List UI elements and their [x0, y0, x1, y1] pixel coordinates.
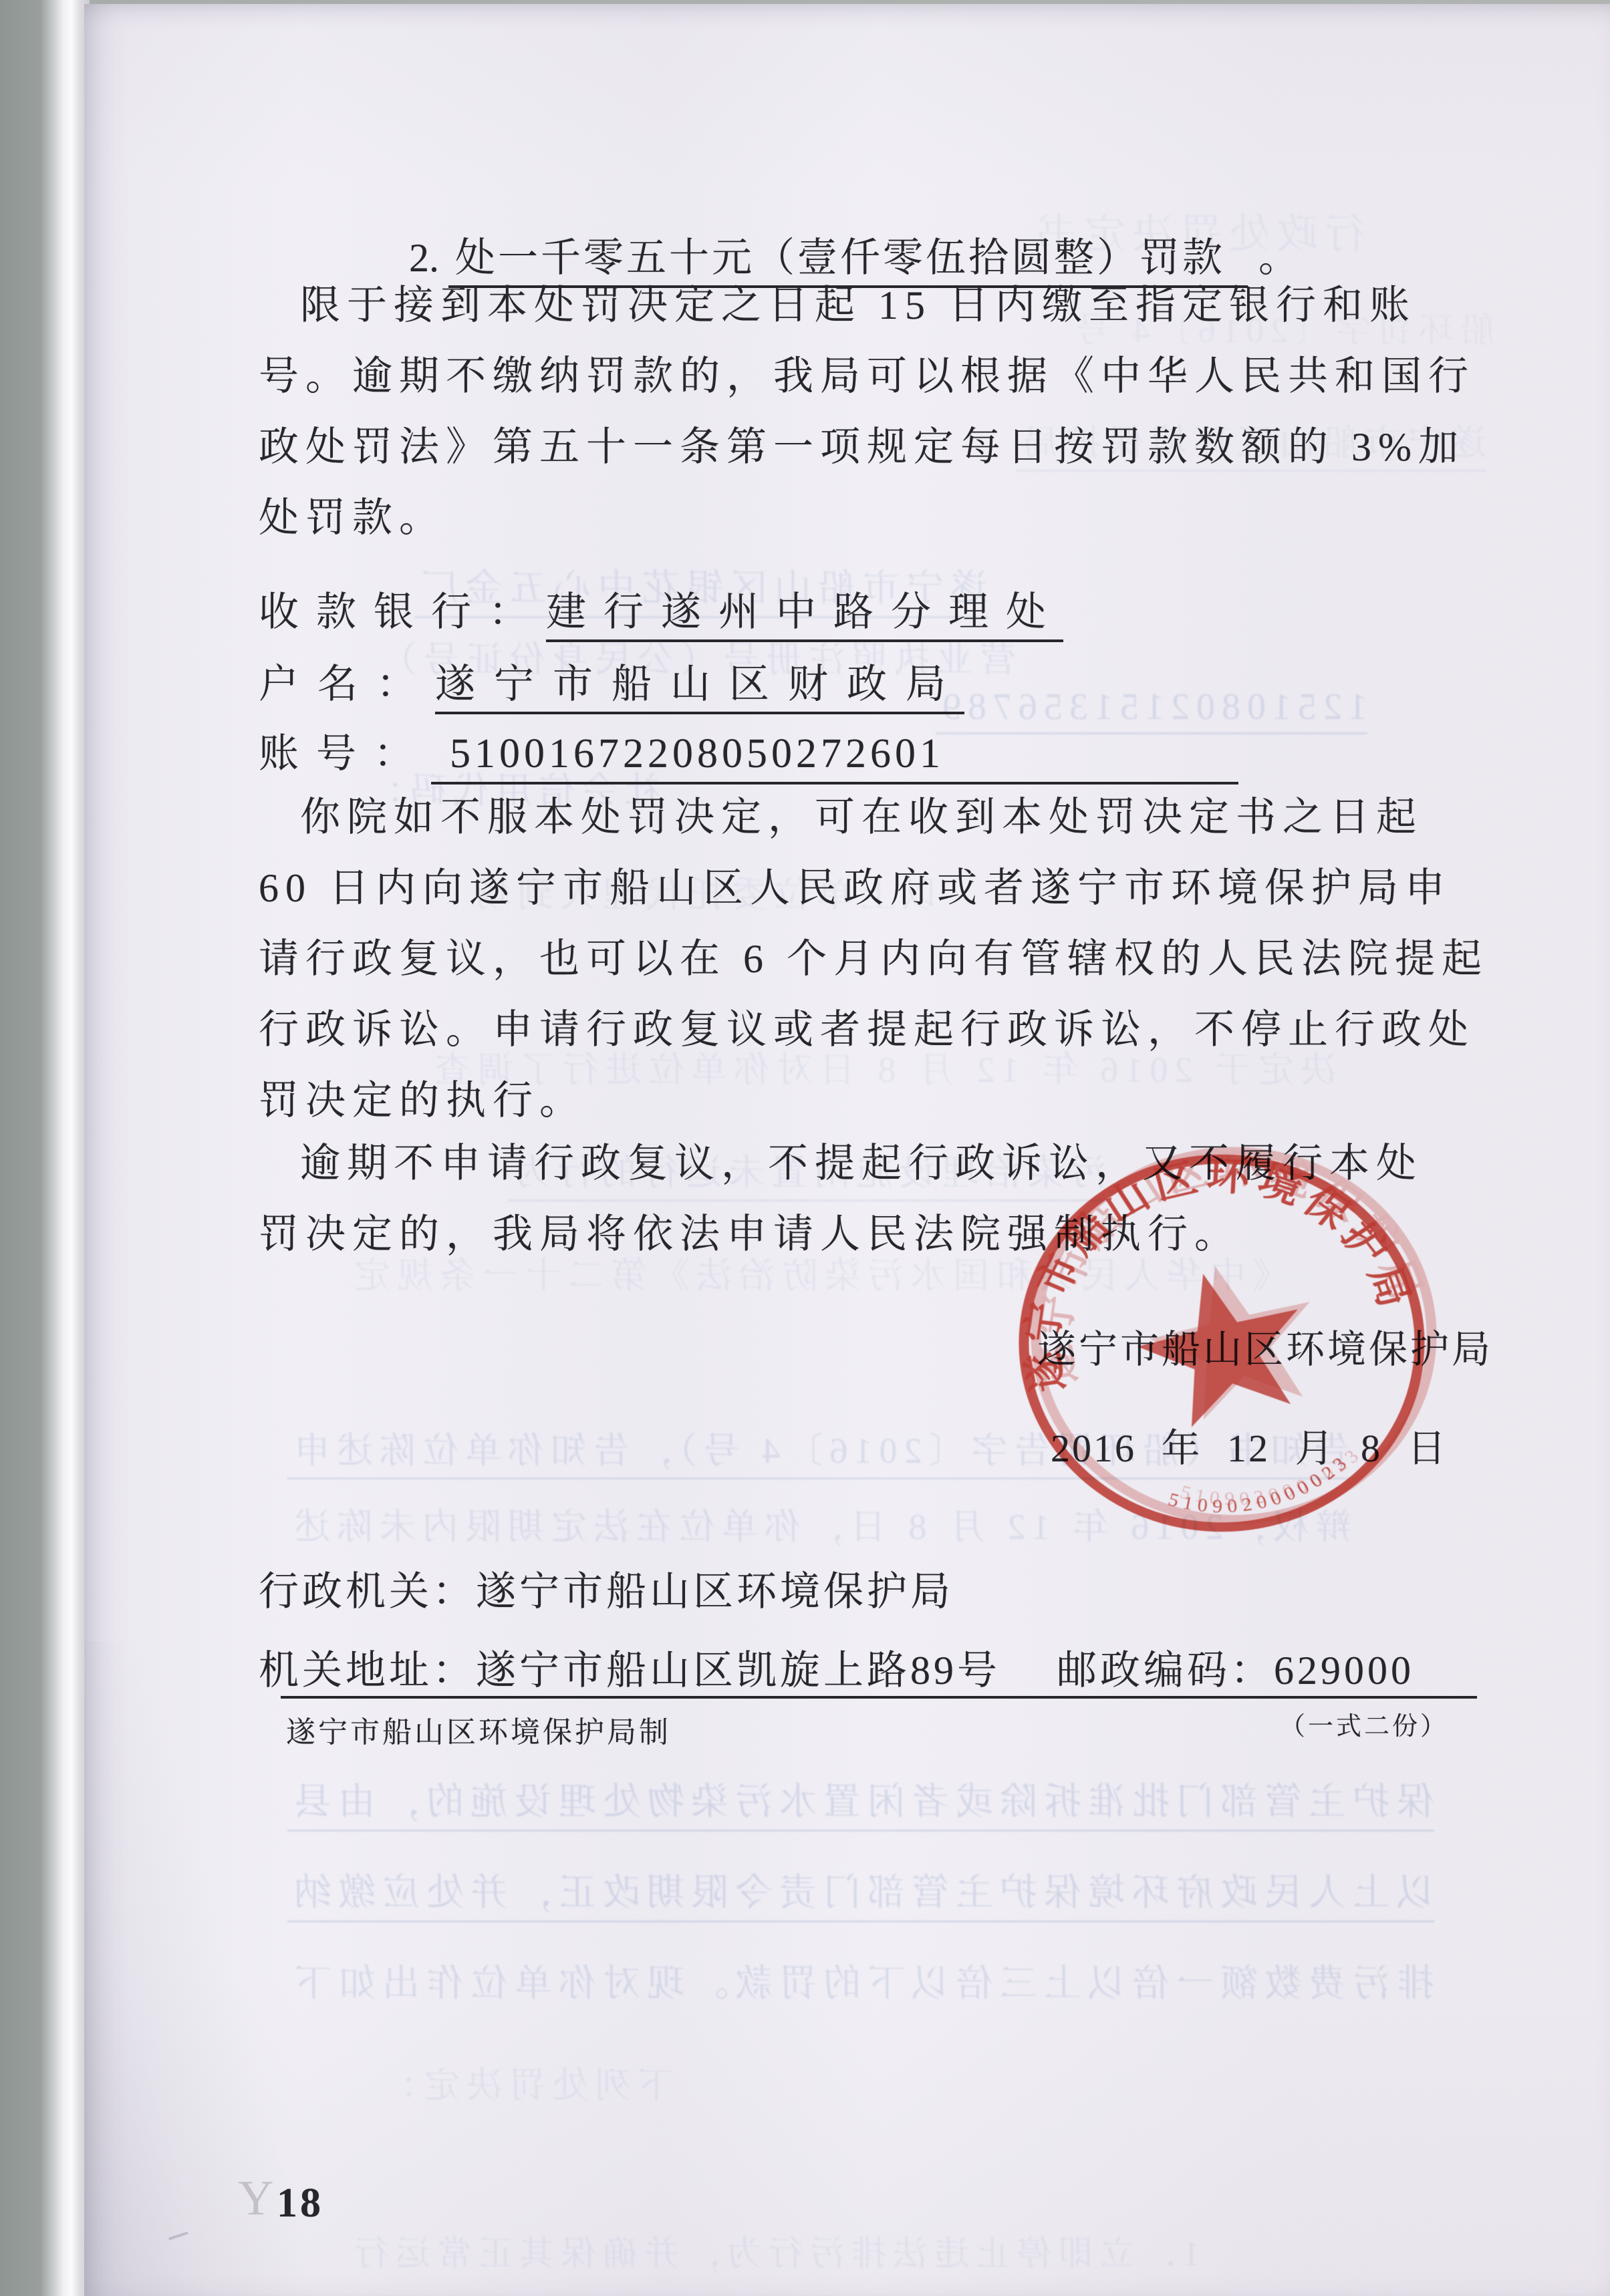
address-line: 机关地址：遂宁市船山区凯旋上路89号邮政编码：629000: [259, 1638, 1414, 1696]
address-value: 遂宁市船山区凯旋上路89号: [476, 1648, 1000, 1693]
account-number-value: 51001672208050272601: [431, 731, 1238, 784]
bleedthrough-text: 排污费数额一倍以上三倍以下的罚款。现对你单位作出如下: [287, 1954, 1434, 2007]
form-maker-note: 遂宁市船山区环境保护局制: [286, 1708, 671, 1751]
text-line: 60 日内向遂宁市船山区人民政府或者遂宁市环境保护局申: [259, 853, 1488, 923]
text-line: 号。逾期不缴纳罚款的，我局可以根据《中华人民共和国行: [259, 341, 1475, 412]
bleedthrough-text: 1．立即停止违法排污行为，并确保其正常运行: [348, 2225, 1200, 2275]
bank-label: 收款银行：: [259, 590, 546, 634]
appeal-paragraph: 你院如不服本处罚决定，可在收到本处罚决定书之日起60 日内向遂宁市船山区人民政府…: [259, 782, 1488, 1136]
address-label: 机关地址：: [259, 1648, 476, 1693]
text-line: 政处罚法》第五十一条第一项规定每日按罚款数额的 3%加: [259, 412, 1475, 482]
postal-label: 邮政编码：: [1057, 1648, 1274, 1693]
postal-value: 629000: [1274, 1648, 1414, 1693]
account-holder-line: 户名：遂宁市船山区财政局: [259, 652, 964, 710]
page-number: 18: [277, 2180, 323, 2227]
bleedthrough-text: 下列处罚决定：: [374, 2057, 674, 2108]
holder-value: 遂宁市船山区财政局: [435, 662, 964, 714]
bank-value: 建行遂州中路分理处: [546, 590, 1063, 642]
admin-organ-line: 行政机关：遂宁市船山区环境保护局: [259, 1560, 954, 1617]
admin-organ-value: 遂宁市船山区环境保护局: [476, 1570, 954, 1614]
text-line: 限于接到本处罚决定之日起 15 日内缴至指定银行和账: [259, 270, 1475, 341]
footer-divider: [281, 1696, 1477, 1699]
bleedthrough-text: 以上人民政府环境保护主管部门责令限期改正，并处应缴纳: [287, 1863, 1434, 1922]
holder-label: 户名：: [259, 662, 435, 706]
text-line: 行政诉讼。申请行政复议或者提起行政诉讼，不停止行政处: [259, 994, 1488, 1065]
copies-note: （一式二份）: [1280, 1705, 1448, 1742]
account-number-line: 账号：51001672208050272601: [259, 722, 1238, 779]
page-edge-stack: [41, 0, 90, 2296]
bank-line: 收款银行：建行遂州中路分理处: [259, 580, 1063, 637]
scanned-document-photo: 行政处罚决定书船环罚字〔2016〕4 号遂宁市船山区环境保护局遂宁市船山区银花中…: [0, 0, 1610, 2296]
account-label: 账号：: [259, 732, 431, 776]
admin-organ-label: 行政机关：: [259, 1570, 476, 1614]
text-line: 处罚款。: [259, 482, 1475, 553]
ghost-mark: Y: [238, 2170, 273, 2227]
text-line: 请行政复议，也可以在 6 个月内向有管辖权的人民法院提起: [259, 923, 1488, 994]
bleedthrough-text: 保护主管部门批准拆除或者闲置水污染物处理设施的，由县: [287, 1772, 1434, 1832]
payment-paragraph: 限于接到本处罚决定之日起 15 日内缴至指定银行和账号。逾期不缴纳罚款的，我局可…: [259, 270, 1475, 553]
text-line: 你院如不服本处罚决定，可在收到本处罚决定书之日起: [259, 782, 1488, 853]
official-seal: 遂宁市船山区环境保护局 5109020000023: [988, 1126, 1456, 1561]
